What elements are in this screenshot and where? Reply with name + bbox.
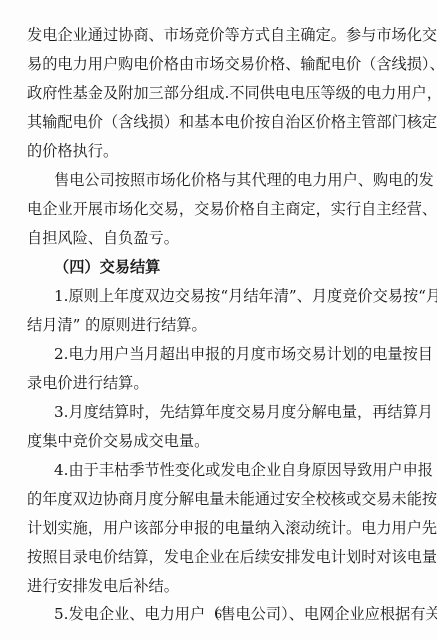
paragraph-line: 计划实施，用户该部分申报的电量纳入滚动统计。电力用户先 [27,518,417,538]
paragraph-line: 录电价进行结算。 [27,373,417,393]
paragraph-line: 1.原则上年度双边交易按“月结年清”、月度竞价交易按“月 [54,286,417,306]
document-page: 发电企业通过协商、市场竞价等方式自主确定。参与市场化交 易的电力用户购电价格由市… [0,0,437,640]
paragraph-line: 进行安排发电后补结。 [27,576,417,596]
paragraph-line: 售电公司按照市场化价格与其代理的电力用户、购电的发 [54,170,417,190]
paragraph-line: 按照目录电价结算，发电企业在后续安排发电计划时对该电量 [27,547,417,567]
paragraph-line: 其输配电价（含线损）和基本电价按自治区价格主管部门核定 [27,112,417,132]
paragraph-line: 3.月度结算时，先结算年度交易月度分解电量，再结算月 [54,402,417,422]
paragraph-line: 的价格执行。 [27,141,417,161]
paragraph-line: 自担风险、自负盈亏。 [27,228,417,248]
paragraph-line: 的年度双边协商月度分解电量未能通过安全校核或交易未能按 [27,489,417,509]
paragraph-line: 易的电力用户购电价格由市场交易价格、输配电价（含线损）、 [27,54,417,74]
paragraph-line: 政府性基金及附加三部分组成.不同供电电压等级的电力用户， [27,83,417,103]
paragraph-line: 发电企业通过协商、市场竞价等方式自主确定。参与市场化交 [27,25,417,45]
paragraph-line: 度集中竞价交易成交电量。 [27,431,417,451]
paragraph-line: 结月清” 的原则进行结算。 [27,315,417,335]
section-heading: （四）交易结算 [54,257,417,277]
page-number: 6 [0,606,437,622]
paragraph-line: 4.由于丰枯季节性变化或发电企业自身原因导致用户申报 [54,460,417,480]
paragraph-line: 2.电力用户当月超出申报的月度市场交易计划的电量按目 [54,344,417,364]
paragraph-line: 电企业开展市场化交易，交易价格自主商定，实行自主经营、 [27,199,417,219]
